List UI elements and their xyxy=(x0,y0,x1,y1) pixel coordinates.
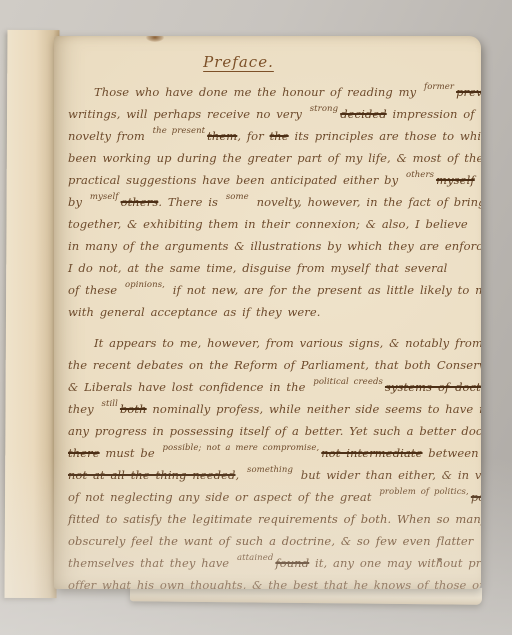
manuscript-line: they stillboth nominally profess, while … xyxy=(68,398,473,420)
manuscript-line: obscurely feel the want of such a doctri… xyxy=(68,530,473,552)
deleted-text: political questions xyxy=(471,490,481,504)
handwritten-text: must be xyxy=(100,446,161,460)
handwritten-text: novelty from xyxy=(68,129,151,143)
inserted-text: former xyxy=(424,83,454,91)
handwritten-text: they xyxy=(68,402,100,416)
inserted-text: still xyxy=(102,400,118,408)
manuscript-line: by myselfothers. There is some novelty, … xyxy=(68,191,473,213)
deleted-text: both xyxy=(120,402,147,416)
deleted-text: there xyxy=(68,446,100,460)
manuscript-line: with general acceptance as if they were. xyxy=(68,301,473,323)
manuscript-line: novelty from the presentthem, for the it… xyxy=(68,125,473,147)
handwritten-text: obscurely feel the want of such a doctri… xyxy=(68,534,479,548)
manuscript-line: together, & exhibiting them in their con… xyxy=(68,213,473,235)
manuscript-line: themselves that they have attainedfound … xyxy=(68,552,473,574)
handwritten-text: any progress in possessing itself of a b… xyxy=(68,424,481,438)
inserted-text: opinions, xyxy=(125,281,165,289)
manuscript-line: there must be possible; not a mere compr… xyxy=(68,442,473,464)
handwritten-text: . There is xyxy=(158,195,224,209)
handwritten-text: together, & exhibiting them in their con… xyxy=(68,217,468,231)
manuscript-line: fitted to satisfy the legitimate require… xyxy=(68,508,473,530)
handwritten-text: of not neglecting any side or aspect of … xyxy=(68,490,377,504)
handwritten-text: by xyxy=(68,195,88,209)
inserted-text: some xyxy=(226,193,249,201)
paper-stain xyxy=(146,36,164,42)
handwritten-text: & Liberals have lost confidence in the xyxy=(68,380,311,394)
handwritten-text: nominally profess, while neither side se… xyxy=(147,402,481,416)
inserted-text: possible; not a mere compromise, xyxy=(163,444,320,452)
handwritten-text: in many of the arguments & illustrations… xyxy=(68,239,481,253)
facing-page-edge xyxy=(5,30,60,598)
handwritten-text: it, any one may without presumption xyxy=(309,556,481,570)
handwritten-text: , xyxy=(235,468,245,482)
inserted-text: something xyxy=(247,466,293,474)
manuscript-line: any progress in possessing itself of a b… xyxy=(68,420,473,442)
manuscript-line: practical suggestions have been anticipa… xyxy=(68,169,473,191)
paragraph: Those who have done me the honour of rea… xyxy=(68,81,473,323)
paragraph: It appears to me, however, from various … xyxy=(68,332,473,589)
deleted-text: the xyxy=(270,129,289,143)
manuscript-line: of these opinions, if not new, are for t… xyxy=(68,279,473,301)
handwritten-text: fitted to satisfy the legitimate require… xyxy=(68,512,481,526)
deleted-text: not at all the thing needed xyxy=(68,468,235,482)
inserted-text: others xyxy=(406,171,434,179)
inserted-text: myself xyxy=(90,193,119,201)
handwritten-text: writings, will perhaps receive no very xyxy=(68,107,308,121)
deleted-text: myself xyxy=(436,173,475,187)
handwritten-text: the recent debates on the Reform of Parl… xyxy=(68,358,481,372)
handwritten-text: offer what his own thoughts, & the best … xyxy=(68,578,481,589)
handwritten-text: It appears to me, however, from various … xyxy=(94,336,481,350)
inserted-text: problem of politics, xyxy=(379,488,469,496)
manuscript-line: the recent debates on the Reform of Parl… xyxy=(68,354,473,376)
handwritten-text: been working up during the greater part … xyxy=(68,151,481,165)
manuscript-line: been working up during the greater part … xyxy=(68,147,473,169)
manuscript-line: It appears to me, however, from various … xyxy=(68,332,473,354)
handwritten-text: but wider than either, & in virtue xyxy=(295,468,481,482)
deleted-text: not intermediate xyxy=(321,446,422,460)
deleted-text: systems of doctrine xyxy=(385,380,481,394)
handwritten-text: novelty, however, in the fact of bringin… xyxy=(251,195,481,209)
handwritten-text: themselves that they have xyxy=(68,556,235,570)
handwritten-text: I do not, at the same time, disguise fro… xyxy=(68,261,447,275)
inserted-text: the present xyxy=(153,127,206,135)
manuscript-line: in many of the arguments & illustrations… xyxy=(68,235,473,257)
manuscript-line: writings, will perhaps receive no very s… xyxy=(68,103,473,125)
manuscript-line: of not neglecting any side or aspect of … xyxy=(68,486,473,508)
handwritten-text: its principles are those to which I have xyxy=(289,129,481,143)
deleted-text: found xyxy=(275,556,309,570)
manuscript-page: Preface. Those who have done me the hono… xyxy=(54,36,481,589)
manuscript-line: offer what his own thoughts, & the best … xyxy=(68,574,473,589)
handwritten-text: between the two, xyxy=(423,446,481,460)
handwritten-text: of these xyxy=(68,283,123,297)
deleted-text: decided xyxy=(340,107,387,121)
handwritten-text: or xyxy=(475,173,481,187)
inserted-text: attained xyxy=(237,554,273,562)
inserted-text: strong xyxy=(310,105,338,113)
handwritten-text: with general acceptance as if they were. xyxy=(68,305,321,319)
handwritten-text: practical suggestions have been anticipa… xyxy=(68,173,404,187)
manuscript-line: I do not, at the same time, disguise fro… xyxy=(68,257,473,279)
handwritten-text: , for xyxy=(237,129,269,143)
inserted-text: political creeds xyxy=(313,378,383,386)
handwritten-text: if not new, are for the present as littl… xyxy=(167,283,481,297)
deleted-text: them xyxy=(207,129,237,143)
photograph-background: Preface. Those who have done me the hono… xyxy=(0,0,512,635)
ink-blot xyxy=(438,558,442,561)
deleted-text: previous xyxy=(456,85,481,99)
handwritten-text: Those who have done me the honour of rea… xyxy=(94,85,422,99)
page-title: Preface. xyxy=(203,53,274,71)
handwritten-text: impression of xyxy=(387,107,475,121)
deleted-text: others xyxy=(121,195,159,209)
manuscript-line: not at all the thing needed, something b… xyxy=(68,464,473,486)
manuscript-text: Those who have done me the honour of rea… xyxy=(68,81,473,589)
manuscript-line: & Liberals have lost confidence in the p… xyxy=(68,376,473,398)
manuscript-line: Those who have done me the honour of rea… xyxy=(68,81,473,103)
